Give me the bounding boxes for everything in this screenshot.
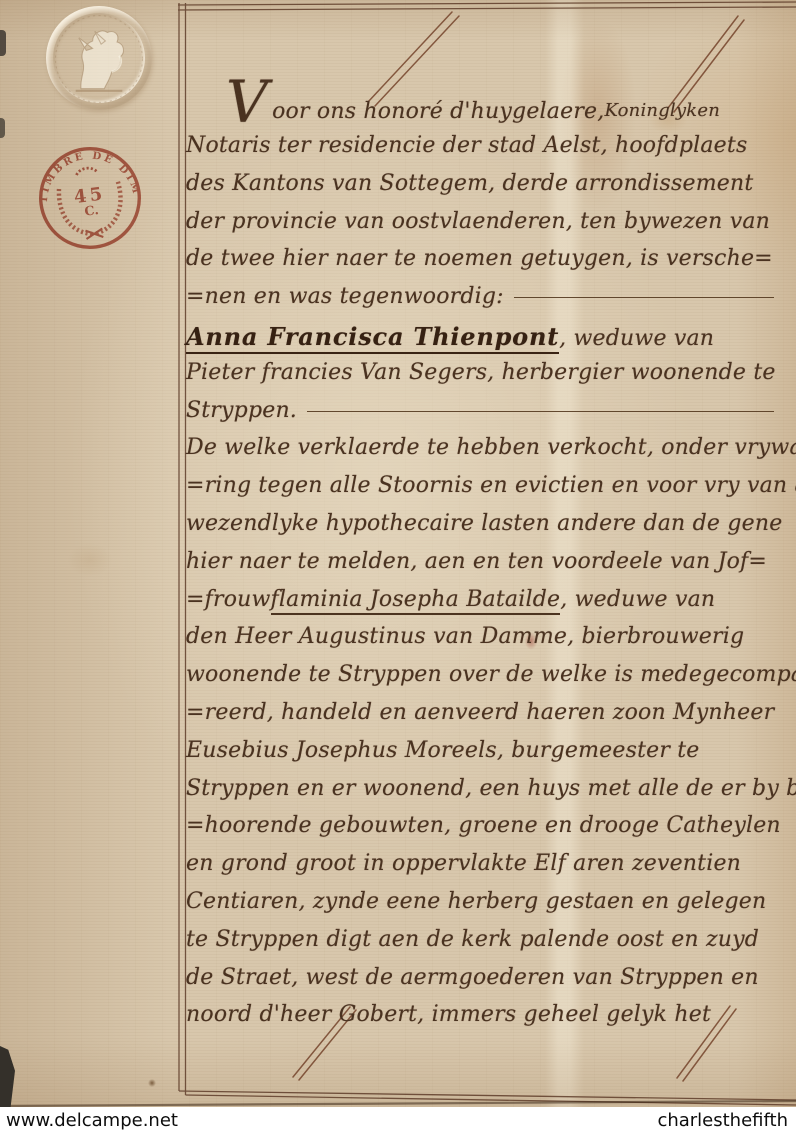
manuscript-segment: Stryppen. bbox=[186, 398, 297, 423]
manuscript-segment: =ring tegen alle Stoornis en evictien en… bbox=[186, 473, 796, 498]
manuscript-line: den Heer Augustinus van Damme, bierbrouw… bbox=[186, 624, 776, 649]
manuscript-line: hier naer te melden, aen en ten voordeel… bbox=[186, 549, 776, 574]
inked-rule bbox=[514, 297, 774, 298]
watermark-bar: www.delcampe.net charlesthefifth bbox=[0, 1107, 796, 1133]
manuscript-segment: te Stryppen digt aen de kerk palende oos… bbox=[186, 927, 759, 952]
manuscript-line: te Stryppen digt aen de kerk palende oos… bbox=[186, 927, 776, 952]
inked-rule bbox=[307, 411, 774, 412]
manuscript-segment: =reerd, handeld en aenveerd haeren zoon … bbox=[186, 700, 774, 725]
manuscript-segment: des Kantons van Sottegem, derde arrondis… bbox=[186, 171, 753, 196]
manuscript-segment: wezendlyke hypothecaire lasten andere da… bbox=[186, 511, 782, 536]
manuscript-line: =reerd, handeld en aenveerd haeren zoon … bbox=[186, 700, 776, 725]
manuscript-segment: Eusebius Josephus Moreels, burgemeester … bbox=[186, 738, 700, 763]
manuscript-line: =ring tegen alle Stoornis en evictien en… bbox=[186, 473, 776, 498]
manuscript-line: Centiaren, zynde eene herberg gestaen en… bbox=[186, 889, 776, 914]
manuscript-segment: Centiaren, zynde eene herberg gestaen en… bbox=[186, 889, 766, 914]
manuscript-segment: Pieter francies Van Segers, herbergier w… bbox=[186, 360, 776, 385]
manuscript-segment: oor ons honoré d'huygelaere, bbox=[272, 99, 604, 124]
manuscript-segment: woonende te Stryppen over de welke is me… bbox=[186, 662, 796, 687]
manuscript-line: =frouw flaminia Josepha Batailde, weduwe… bbox=[186, 587, 776, 615]
manuscript-line: De welke verklaerde te hebben verkocht, … bbox=[186, 435, 776, 460]
manuscript-line: Stryppen en er woonend, een huys met all… bbox=[186, 776, 776, 801]
manuscript-segment: =frouw bbox=[186, 587, 271, 612]
manuscript-segment: de twee hier naer te noemen getuygen, is… bbox=[186, 246, 773, 271]
manuscript-line: Anna Francisca Thienpont, weduwe van bbox=[186, 322, 776, 354]
manuscript-line: woonende te Stryppen over de welke is me… bbox=[186, 662, 776, 687]
manuscript-line: =hoorende gebouwten, groene en drooge Ca… bbox=[186, 813, 776, 838]
manuscript-segment: noord d'heer Gobert, immers geheel gelyk… bbox=[186, 1002, 711, 1027]
manuscript-segment: =nen en was tegenwoordig: bbox=[186, 284, 504, 309]
scan-edge-artifact bbox=[0, 30, 6, 56]
watermark-left: www.delcampe.net bbox=[6, 1110, 178, 1131]
manuscript-line: Notaris ter residencie der stad Aelst, h… bbox=[186, 133, 776, 158]
manuscript-segment: Notaris ter residencie der stad Aelst, h… bbox=[186, 133, 747, 158]
manuscript-segment: , weduwe van bbox=[559, 326, 714, 351]
manuscript-line: Stryppen. bbox=[186, 398, 776, 423]
manuscript-line: Pieter francies Van Segers, herbergier w… bbox=[186, 360, 776, 385]
manuscript-line: en grond groot in oppervlakte Elf aren z… bbox=[186, 851, 776, 876]
manuscript-segment: hier naer te melden, aen en ten voordeel… bbox=[186, 549, 767, 574]
watermark-right: charlesthefifth bbox=[657, 1110, 788, 1131]
manuscript-line: Voor ons honoré d'huygelaere, Koninglyke… bbox=[226, 98, 788, 124]
manuscript-line: des Kantons van Sottegem, derde arrondis… bbox=[186, 171, 776, 196]
manuscript-segment: der provincie van oostvlaenderen, ten by… bbox=[186, 209, 770, 234]
manuscript-segment: , weduwe van bbox=[560, 587, 715, 612]
manuscript-segment: en grond groot in oppervlakte Elf aren z… bbox=[186, 851, 741, 876]
manuscript-segment: =hoorende gebouwten, groene en drooge Ca… bbox=[186, 813, 781, 838]
manuscript-line: =nen en was tegenwoordig: bbox=[186, 284, 776, 309]
manuscript-line: noord d'heer Gobert, immers geheel gelyk… bbox=[186, 1002, 776, 1027]
manuscript-segment: Stryppen en er woonend, een huys met all… bbox=[186, 776, 796, 801]
manuscript-segment: den Heer Augustinus van Damme, bierbrouw… bbox=[186, 624, 744, 649]
manuscript-line: wezendlyke hypothecaire lasten andere da… bbox=[186, 511, 776, 536]
manuscript-line: de twee hier naer te noemen getuygen, is… bbox=[186, 246, 776, 271]
manuscript-segment: flaminia Josepha Batailde bbox=[271, 587, 561, 615]
scan-edge-artifact bbox=[0, 118, 5, 138]
manuscript-segment: de Straet, west de aermgoederen van Stry… bbox=[186, 965, 759, 990]
manuscript-segment: Koninglyken bbox=[604, 100, 720, 121]
manuscript-line: Eusebius Josephus Moreels, burgemeester … bbox=[186, 738, 776, 763]
manuscript-line: de Straet, west de aermgoederen van Stry… bbox=[186, 965, 776, 990]
manuscript-line: der provincie van oostvlaenderen, ten by… bbox=[186, 209, 776, 234]
manuscript-text: Voor ons honoré d'huygelaere, Koninglyke… bbox=[0, 0, 796, 1133]
manuscript-segment: Anna Francisca Thienpont bbox=[186, 322, 559, 354]
manuscript-segment: De welke verklaerde te hebben verkocht, … bbox=[186, 435, 796, 460]
